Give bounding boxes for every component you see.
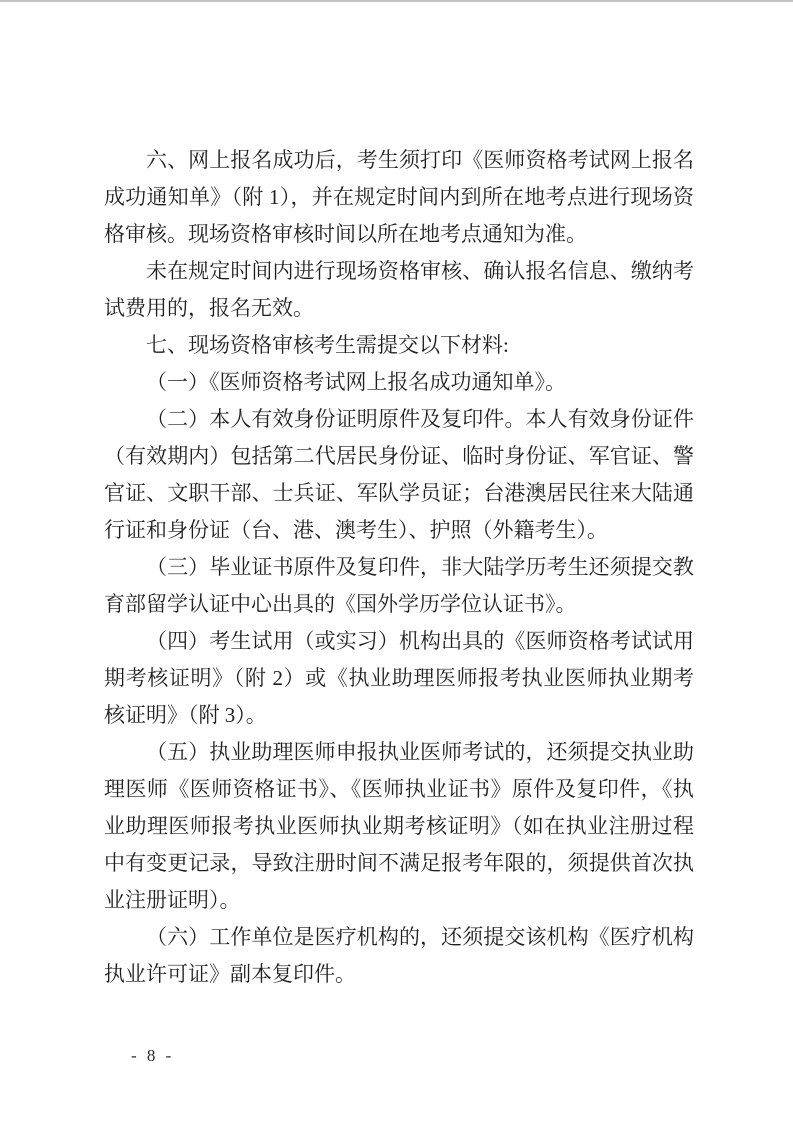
paragraph-item-2-identity: （二）本人有效身份证明原件及复印件。本人有效身份证件（有效期内）包括第二代居民身… [104, 401, 694, 549]
scan-edge-line [0, 0, 793, 2]
scanned-document-page: 六、网上报名成功后，考生须打印《医师资格考试网上报名成功通知单》（附 1），并在… [0, 0, 793, 1122]
paragraph-item-3-diploma: （三）毕业证书原件及复印件，非大陆学历考生还须提交教育部留学认证中心出具的《国外… [104, 549, 694, 623]
paragraph-item-6-medical-institution: （六）工作单位是医疗机构的，还须提交该机构《医疗机构执业许可证》副本复印件。 [104, 919, 694, 993]
paragraph-item-1-notice: （一）《医师资格考试网上报名成功通知单》。 [104, 364, 694, 401]
page-number: - 8 - [131, 1046, 174, 1066]
paragraph-7-materials-heading: 七、现场资格审核考生需提交以下材料: [104, 327, 694, 364]
document-body: 六、网上报名成功后，考生须打印《医师资格考试网上报名成功通知单》（附 1），并在… [104, 142, 694, 993]
paragraph-6-online-registration: 六、网上报名成功后，考生须打印《医师资格考试网上报名成功通知单》（附 1），并在… [104, 142, 694, 253]
paragraph-item-5-assistant-physician: （五）执业助理医师申报执业医师考试的，还须提交执业助理医师《医师资格证书》、《医… [104, 734, 694, 919]
paragraph-deadline-invalid: 未在规定时间内进行现场资格审核、确认报名信息、缴纳考试费用的，报名无效。 [104, 253, 694, 327]
paragraph-item-4-probation-certificate: （四）考生试用（或实习）机构出具的《医师资格考试试用期考核证明》（附 2）或《执… [104, 623, 694, 734]
